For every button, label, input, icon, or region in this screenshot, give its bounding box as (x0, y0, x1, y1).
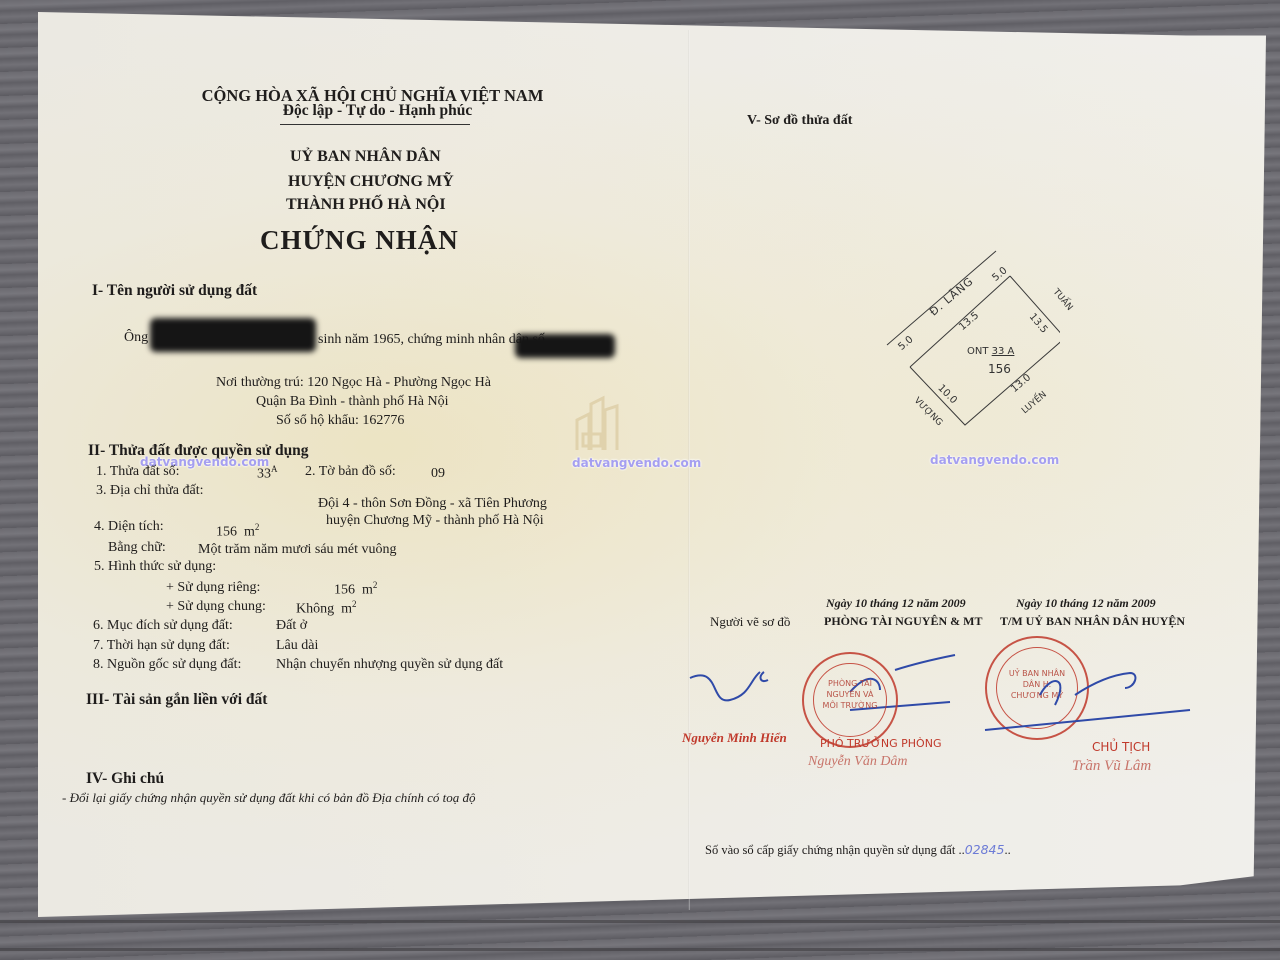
address-line-1: Đội 4 - thôn Sơn Đồng - xã Tiên Phương (318, 496, 547, 512)
council-title: T/M UỶ BAN NHÂN DÂN HUYỆN (1000, 614, 1185, 629)
dept-role: PHÓ TRƯỞNG PHÒNG (820, 737, 941, 750)
residence-line-2: Quận Ba Đình - thành phố Hà Nội (256, 394, 448, 410)
council-signer: Trần Vũ Lâm (1072, 758, 1151, 775)
registry-number: 02845 (965, 842, 1005, 857)
map-sheet-label: 2. Tờ bản đồ số: (305, 464, 396, 480)
parcel-label: 1. Thửa đất số: (96, 464, 180, 480)
shared-use-label: + Sử dụng chung: (166, 599, 266, 615)
dept-stamp: PHÒNG TÀI NGUYÊN VÀ MÔI TRƯỜNG (802, 652, 898, 748)
page-fold (688, 30, 690, 910)
council-role: CHỦ TỊCH (1092, 740, 1150, 754)
dept-title: PHÒNG TÀI NGUYÊN & MT (824, 614, 982, 629)
dept-signer: Nguyễn Văn Dâm (808, 754, 908, 770)
plot-parcel-code: ONT 33 A (967, 346, 1014, 357)
registry-label: Số vào sổ cấp giấy chứng nhận quyền sử d… (705, 842, 1011, 858)
private-use-label: + Sử dụng riêng: (166, 580, 260, 596)
dept-date: Ngày 10 tháng 12 năm 2009 (826, 596, 966, 611)
watermark-text: datvangvendo.com (930, 453, 1059, 467)
header-divider (280, 124, 470, 125)
origin-label: 8. Nguồn gốc sử dụng đất: (93, 657, 241, 673)
watermark-text: datvangvendo.com (572, 456, 701, 470)
term-label: 7. Thời hạn sử dụng đất: (93, 638, 230, 654)
address-label: 3. Địa chỉ thửa đất: (96, 483, 204, 499)
document-title: CHỨNG NHẬN (260, 225, 459, 256)
term-value: Lâu dài (276, 638, 318, 654)
usage-form-label: 5. Hình thức sử dụng: (94, 559, 216, 575)
redacted-owner-name (150, 318, 316, 352)
council-date: Ngày 10 tháng 12 năm 2009 (1016, 596, 1156, 611)
plot-area: 156 (988, 362, 1011, 376)
redacted-id-number (515, 334, 615, 358)
private-use-value: 156 m2 (334, 580, 377, 599)
household-book-number: Số sổ hộ khẩu: 162776 (276, 413, 404, 429)
purpose-value: Đất ở (276, 618, 307, 634)
national-motto: Độc lập - Tự do - Hạnh phúc (255, 102, 500, 120)
council-signature-icon (980, 655, 1200, 735)
section-1-heading: I- Tên người sử dụng đất (92, 282, 257, 300)
owner-birth-info: sinh năm 1965, chứng minh nhân dân số (318, 332, 545, 348)
section-3-heading: III- Tài sản gắn liền với đất (86, 691, 267, 709)
note-text: - Đổi lại giấy chứng nhận quyền sử dụng … (62, 790, 476, 806)
purpose-label: 6. Mục đích sử dụng đất: (93, 618, 233, 634)
parcel-value: 33A (257, 464, 278, 483)
org-line-3: THÀNH PHỐ HÀ NỘI (286, 196, 446, 214)
drawer-label: Người vẽ sơ đồ (710, 614, 790, 630)
owner-prefix: Ông (124, 330, 148, 346)
map-sheet-value: 09 (431, 466, 445, 482)
area-in-words-label: Bằng chữ: (108, 540, 166, 556)
residence-line-1: Nơi thường trú: 120 Ngọc Hà - Phường Ngọ… (216, 375, 491, 391)
area-in-words: Một trăm năm mươi sáu mét vuông (198, 542, 397, 558)
org-line-1: UỶ BAN NHÂN DÂN (290, 148, 441, 166)
watermark-logo-icon (565, 392, 640, 452)
shared-use-value: Không m2 (296, 599, 357, 618)
section-4-heading: IV- Ghi chú (86, 770, 164, 788)
address-line-2: huyện Chương Mỹ - thành phố Hà Nội (326, 513, 544, 529)
area-label: 4. Diện tích: (94, 519, 164, 535)
drawer-name: Nguyễn Minh Hiển (682, 730, 787, 746)
section-5-heading: V- Sơ đồ thửa đất (747, 113, 852, 129)
origin-value: Nhận chuyển nhượng quyền sử dụng đất (276, 657, 503, 673)
area-value: 156 m2 (216, 522, 259, 541)
org-line-2: HUYỆN CHƯƠNG MỸ (288, 173, 454, 191)
